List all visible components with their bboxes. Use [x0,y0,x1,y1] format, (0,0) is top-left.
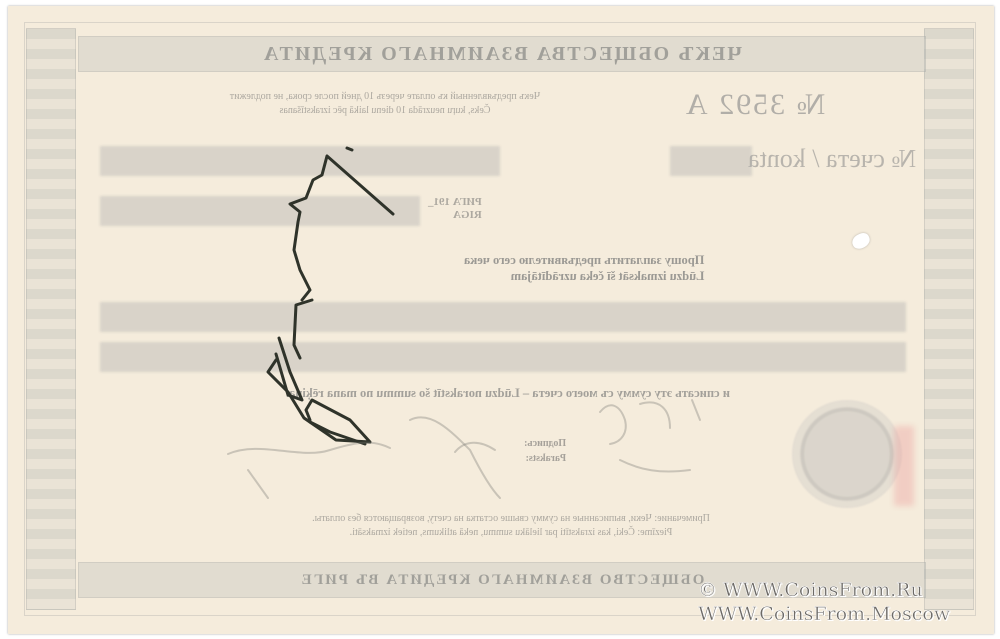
faint-signature [228,400,700,498]
signature-ink [268,148,393,444]
watermark: © WWW.CoinsFrom.Ru WWW.CoinsFrom.Moscow [698,578,950,626]
watermark-line-1: © WWW.CoinsFrom.Ru [698,578,950,602]
watermark-line-2: WWW.CoinsFrom.Moscow [698,602,950,626]
handwritten-signatures [0,0,1000,639]
